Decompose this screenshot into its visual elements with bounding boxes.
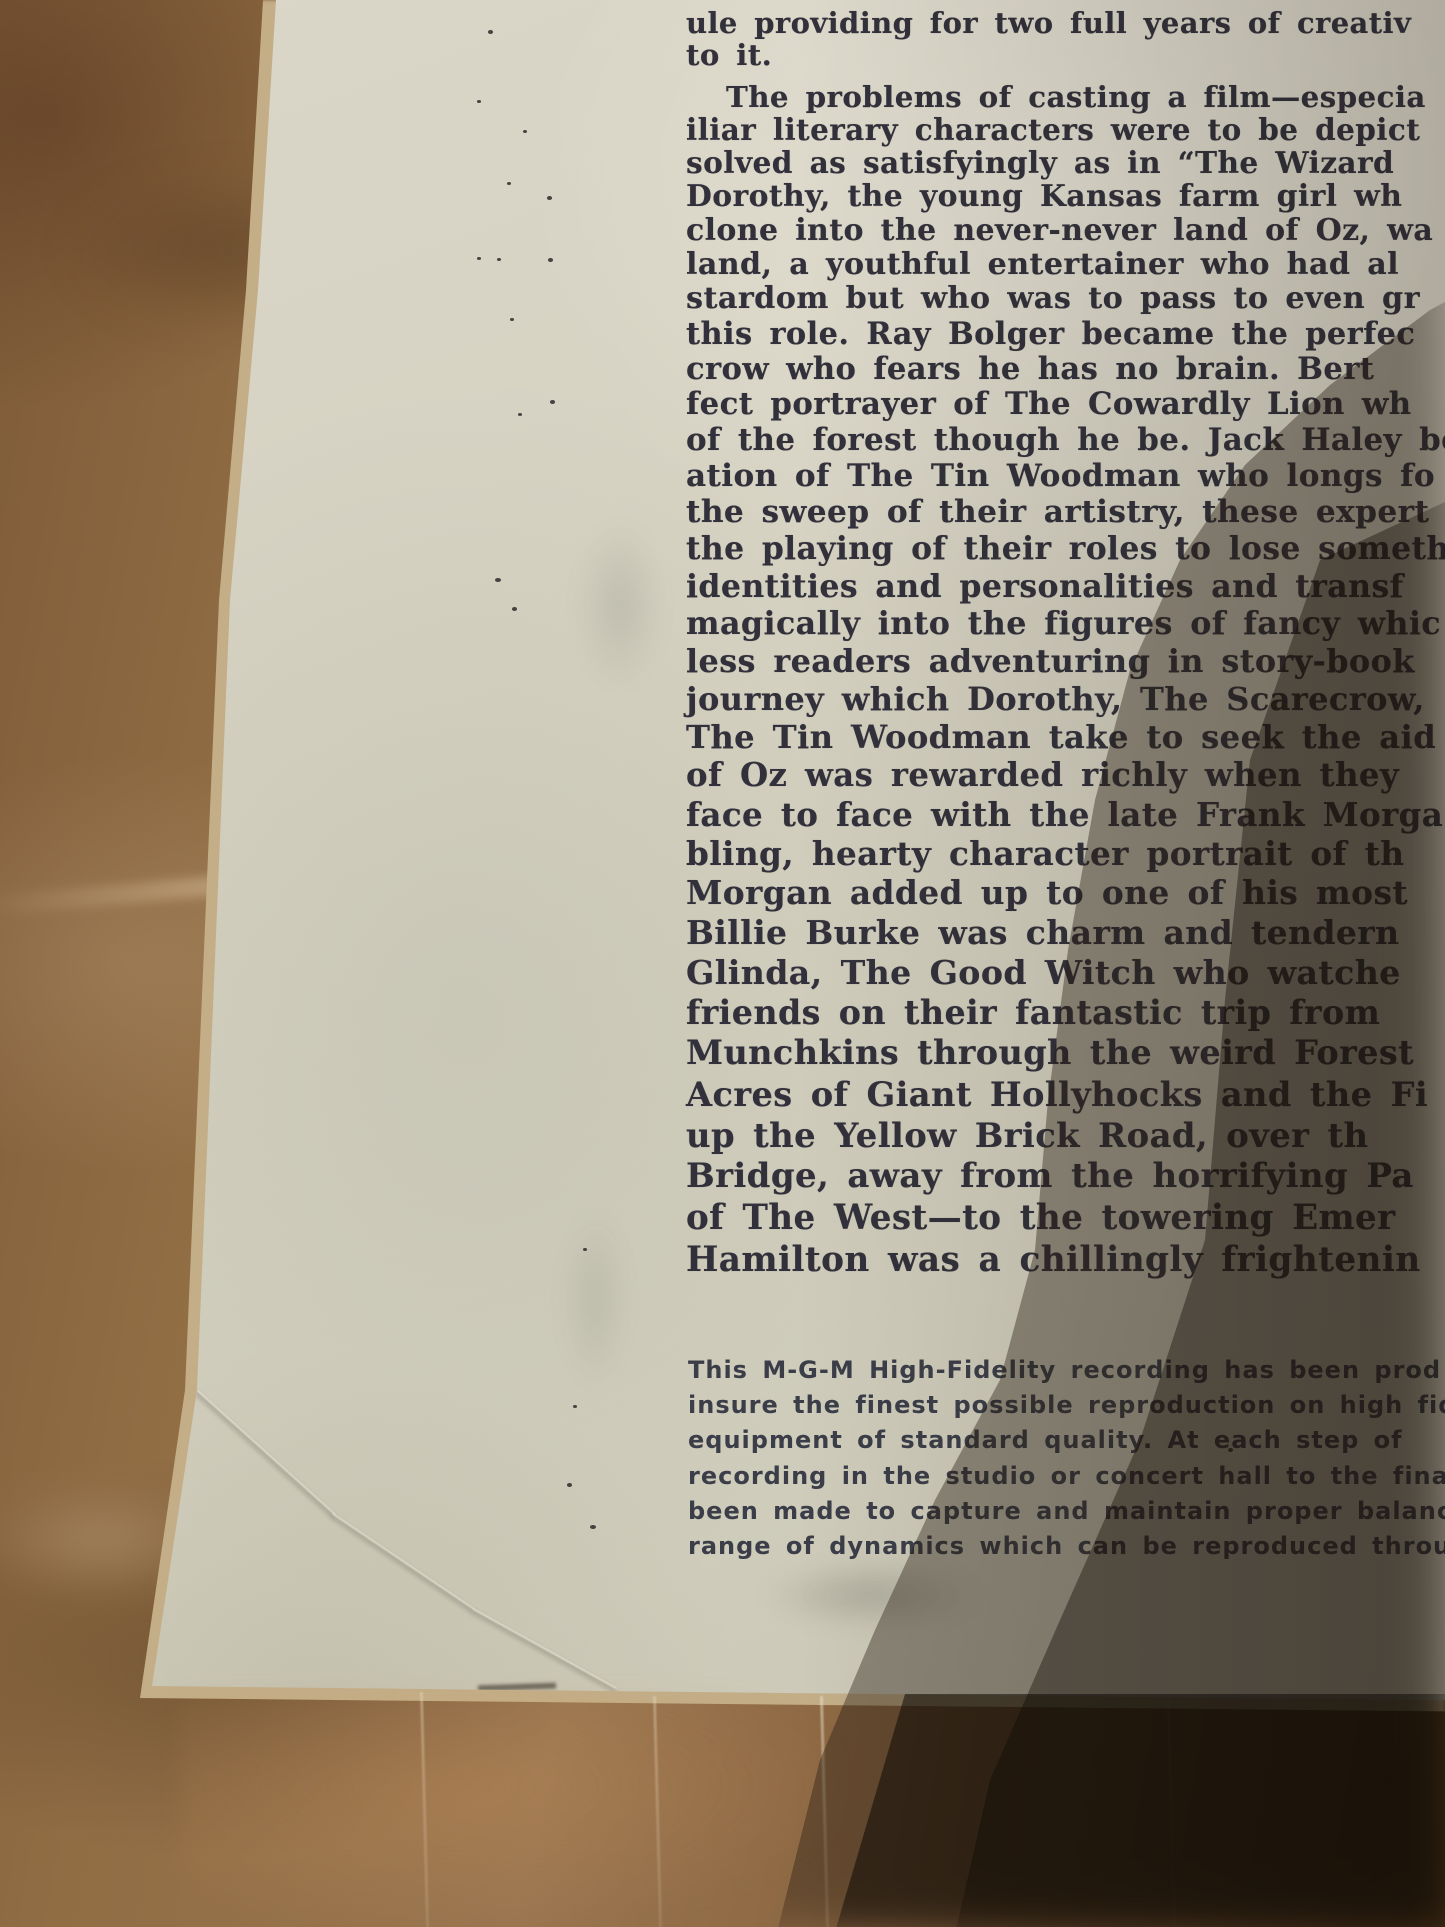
dust-speck	[518, 413, 522, 416]
dust-speck	[497, 258, 501, 261]
dust-speck	[573, 1405, 577, 1408]
dust-speck	[477, 100, 481, 103]
paper-crease-segment	[472, 1608, 618, 1691]
text-line: to it.	[686, 38, 772, 72]
text-line: Dorothy, the young Kansas farm girl wh	[686, 179, 1402, 214]
text-line: iliar literary characters were to be dep…	[686, 112, 1420, 147]
paper-smudge	[575, 520, 665, 690]
text-line: clone into the never-never land of Oz, w…	[686, 213, 1433, 248]
text-line: crow who fears he has no brain. Bert	[686, 351, 1374, 387]
dust-speck	[583, 1248, 587, 1251]
cardboard-warm-patch	[180, 1692, 840, 1927]
dust-speck	[567, 1483, 572, 1487]
dust-speck	[548, 258, 553, 262]
photo-album-back-cover: ule providing for two full years of crea…	[0, 0, 1445, 1927]
text-line: The problems of casting a film—especia	[726, 79, 1426, 114]
paper-smudge	[560, 1210, 630, 1390]
dust-speck	[477, 257, 481, 260]
dust-speck	[488, 30, 493, 34]
dust-speck	[512, 607, 517, 611]
paper-crease-segment	[196, 1390, 335, 1516]
text-line: land, a youthful entertainer who had al	[686, 247, 1399, 282]
dust-speck	[590, 1525, 596, 1529]
dust-speck	[507, 182, 511, 185]
dust-speck	[547, 196, 552, 200]
text-line: stardom but who was to pass to even gr	[686, 281, 1420, 316]
text-line: ule providing for two full years of crea…	[686, 6, 1411, 40]
text-line: this role. Ray Bolger became the perfec	[686, 316, 1415, 352]
dust-speck	[523, 130, 527, 133]
text-line: solved as satisfyingly as in “The Wizard	[686, 145, 1394, 180]
dust-speck	[550, 400, 555, 404]
paper-crease-segment	[331, 1513, 474, 1611]
dust-speck	[495, 578, 501, 582]
dust-speck	[510, 318, 514, 321]
